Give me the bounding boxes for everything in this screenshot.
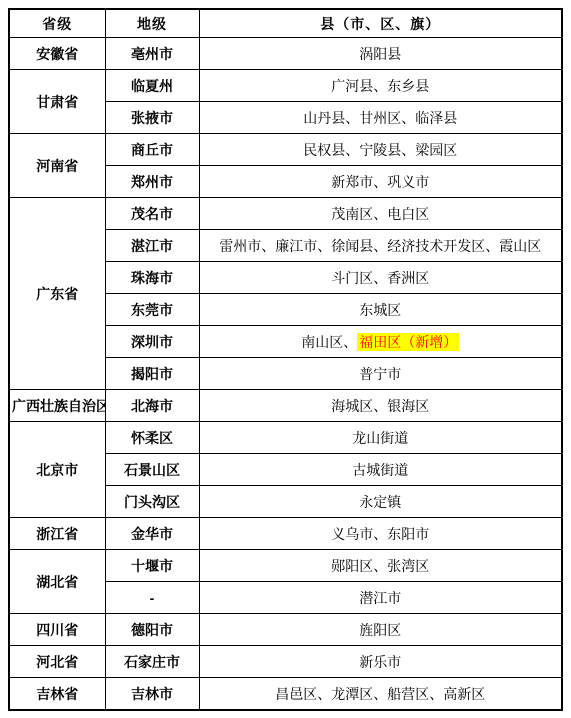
city-cell: 张掖市 [105,102,199,134]
province-cell: 四川省 [9,614,105,646]
counties-cell: 茂南区、电白区 [199,198,562,230]
province-cell: 河南省 [9,134,105,198]
counties-cell: 东城区 [199,294,562,326]
table-row: 浙江省金华市义乌市、东阳市 [9,518,562,550]
table-row: 河南省商丘市民权县、宁陵县、梁园区 [9,134,562,166]
province-cell: 吉林省 [9,678,105,711]
table-row: 河北省石家庄市新乐市 [9,646,562,678]
table-row: 甘肃省临夏州广河县、东乡县 [9,70,562,102]
counties-cell: 涡阳县 [199,38,562,70]
city-cell: 郑州市 [105,166,199,198]
table-row: 北京市怀柔区龙山街道 [9,422,562,454]
counties-cell: 普宁市 [199,358,562,390]
city-cell: 石景山区 [105,454,199,486]
city-cell: 十堰市 [105,550,199,582]
counties-cell: 昌邑区、龙潭区、船营区、高新区 [199,678,562,711]
province-cell: 河北省 [9,646,105,678]
counties-cell: 古城街道 [199,454,562,486]
city-cell: 临夏州 [105,70,199,102]
document-page: 省级 地级 县（市、区、旗） 安徽省亳州市涡阳县甘肃省临夏州广河县、东乡县张掖市… [0,0,571,718]
province-cell: 广东省 [9,198,105,390]
counties-cell: 广河县、东乡县 [199,70,562,102]
city-cell: 揭阳市 [105,358,199,390]
province-cell: 北京市 [9,422,105,518]
counties-cell: 南山区、福田区（新增） [199,326,562,358]
table-row: 四川省德阳市旌阳区 [9,614,562,646]
city-cell: 北海市 [105,390,199,422]
city-cell: 吉林市 [105,678,199,711]
city-cell: 珠海市 [105,262,199,294]
city-cell: 石家庄市 [105,646,199,678]
city-cell: 茂名市 [105,198,199,230]
counties-cell: 新乐市 [199,646,562,678]
province-cell: 湖北省 [9,550,105,614]
counties-cell: 海城区、银海区 [199,390,562,422]
table-body: 安徽省亳州市涡阳县甘肃省临夏州广河县、东乡县张掖市山丹县、甘州区、临泽县河南省商… [9,38,562,711]
counties-cell: 郧阳区、张湾区 [199,550,562,582]
counties-cell: 旌阳区 [199,614,562,646]
province-cell: 广西壮族自治区 [9,390,105,422]
counties-cell: 斗门区、香洲区 [199,262,562,294]
header-cell-prefecture-level: 地级 [105,9,199,38]
table-row: 广东省茂名市茂南区、电白区 [9,198,562,230]
highlighted-new-entry: 福田区（新增） [357,333,459,351]
province-county-table: 省级 地级 县（市、区、旗） 安徽省亳州市涡阳县甘肃省临夏州广河县、东乡县张掖市… [8,8,563,711]
city-cell: 东莞市 [105,294,199,326]
city-cell: 深圳市 [105,326,199,358]
city-cell: 门头沟区 [105,486,199,518]
city-cell: 湛江市 [105,230,199,262]
counties-cell: 潜江市 [199,582,562,614]
counties-text: 南山区、 [301,334,357,350]
header-cell-province-level: 省级 [9,9,105,38]
counties-cell: 民权县、宁陵县、梁园区 [199,134,562,166]
city-cell: 亳州市 [105,38,199,70]
province-cell: 甘肃省 [9,70,105,134]
city-cell: 商丘市 [105,134,199,166]
table-row: 湖北省十堰市郧阳区、张湾区 [9,550,562,582]
city-cell: 德阳市 [105,614,199,646]
counties-cell: 山丹县、甘州区、临泽县 [199,102,562,134]
table-header-row: 省级 地级 县（市、区、旗） [9,9,562,38]
city-cell: 金华市 [105,518,199,550]
counties-cell: 义乌市、东阳市 [199,518,562,550]
table-row: 安徽省亳州市涡阳县 [9,38,562,70]
table-row: 广西壮族自治区北海市海城区、银海区 [9,390,562,422]
city-cell: 怀柔区 [105,422,199,454]
table-row: 吉林省吉林市昌邑区、龙潭区、船营区、高新区 [9,678,562,711]
province-cell: 安徽省 [9,38,105,70]
counties-cell: 雷州市、廉江市、徐闻县、经济技术开发区、霞山区 [199,230,562,262]
counties-cell: 龙山街道 [199,422,562,454]
counties-cell: 新郑市、巩义市 [199,166,562,198]
header-cell-county-level: 县（市、区、旗） [199,9,562,38]
counties-cell: 永定镇 [199,486,562,518]
city-cell: - [105,582,199,614]
province-cell: 浙江省 [9,518,105,550]
